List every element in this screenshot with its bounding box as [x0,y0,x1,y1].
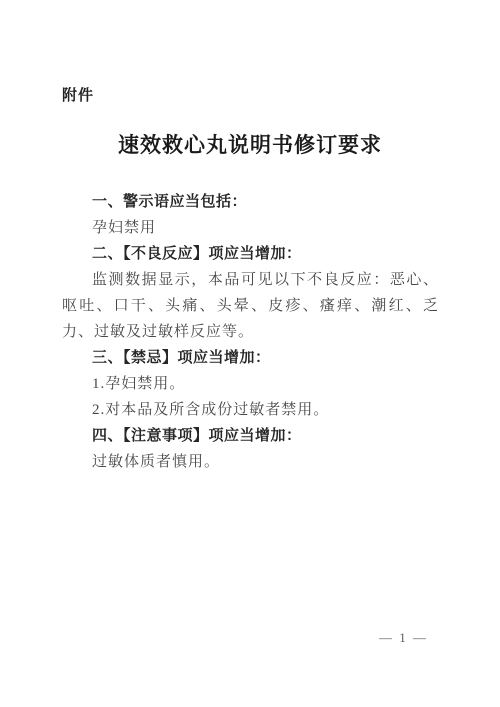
document-title: 速效救心丸说明书修订要求 [0,129,500,159]
section-2-heading: 二、【不良反应】项应当增加： [62,241,439,267]
section-1-heading: 一、警示语应当包括： [62,189,439,215]
document-page: 附件 速效救心丸说明书修订要求 一、警示语应当包括： 孕妇禁用 二、【不良反应】… [0,0,500,707]
section-4-item-1: 过敏体质者慎用。 [62,449,439,475]
section-3-heading: 三、【禁忌】项应当增加： [62,345,439,371]
section-3-item-1: 1.孕妇禁用。 [62,371,439,397]
attachment-label: 附件 [62,84,94,105]
document-body: 一、警示语应当包括： 孕妇禁用 二、【不良反应】项应当增加： 监测数据显示，本品… [62,189,439,475]
section-4-heading: 四、【注意事项】项应当增加： [62,423,439,449]
section-3-item-2: 2.对本品及所含成份过敏者禁用。 [62,397,439,423]
section-1-item-1: 孕妇禁用 [62,215,439,241]
page-number: — 1 — [379,630,428,646]
section-2-item-1: 监测数据显示，本品可见以下不良反应：恶心、呕吐、口干、头痛、头晕、皮疹、瘙痒、潮… [62,267,439,345]
